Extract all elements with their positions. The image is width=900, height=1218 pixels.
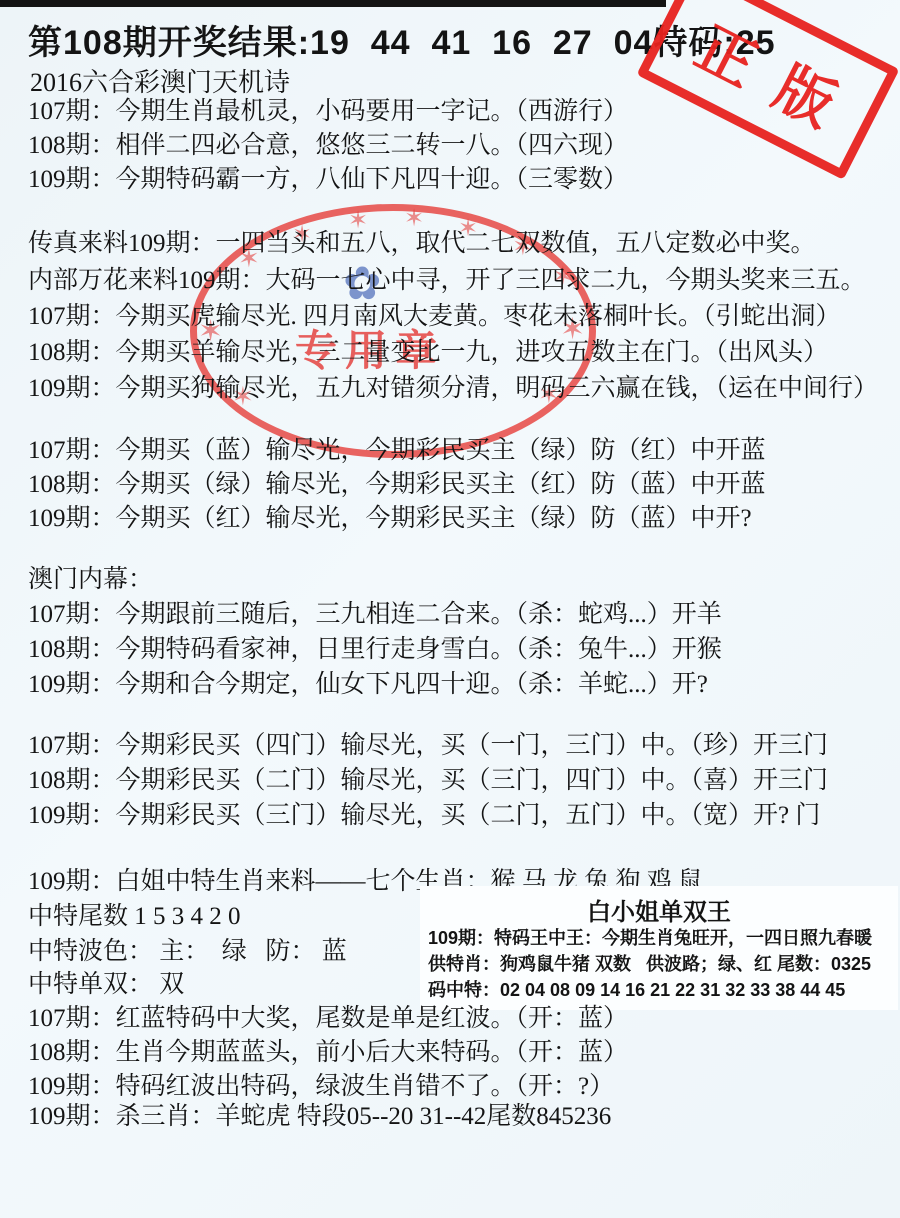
fax-line: 传真来料109期：一四当头和五八，取代二七双数值，五八定数必中奖。 <box>28 230 816 259</box>
baijie-line: 中特尾数 1 5 3 4 2 0 <box>28 903 241 932</box>
macau-heading: 澳门内幕： <box>28 566 153 595</box>
fax-line: 内部万花来料109期：大码一七心中寻，开了三四求二九，今期头奖来三五。 <box>28 267 866 296</box>
lottery-tip-sheet: ✶ ✶ ✶ ✶ ✶ ✶ ✶ ✶ ✶ ✶ ✶ ✿ 专用章 第108期开奖结果:19… <box>0 0 900 1218</box>
seal-star-icon: ✶ <box>404 204 424 232</box>
bottom-line: 109期：杀三肖：羊蛇虎 特段05--20 31--42尾数845236 <box>28 1103 611 1132</box>
bottom-line: 109期：特码红波出特码，绿波生肖错不了。（开：?） <box>28 1073 614 1102</box>
poem-line: 107期：今期生肖最机灵，小码要用一字记。（西游行） <box>28 98 628 127</box>
baijie-line: 中特单双： 双 <box>28 971 184 1000</box>
queen-box-title: 白小姐单双王 <box>420 892 898 927</box>
queen-box: 白小姐单双王 109期：特码王中王：今期生肖兔旺开，一四日照九春暖 供特肖：狗鸡… <box>420 886 898 1010</box>
poem-line: 109期：今期特码霸一方，八仙下凡四十迎。（三零数） <box>28 166 628 195</box>
color-line: 107期：今期买（蓝）输尽光，今期彩民买主（绿）防（红）中开蓝 <box>28 437 766 466</box>
macau-line: 107期：今期跟前三随后，三九相连二合来。（杀：蛇鸡...）开羊 <box>28 601 722 630</box>
macau-line: 109期：今期和合今期定，仙女下凡四十迎。（杀：羊蛇...）开? <box>28 671 708 700</box>
fax-line: 107期：今期买虎输尽光. 四月南风大麦黄。枣花未落桐叶长。（引蛇出洞） <box>28 303 841 332</box>
queen-line: 供特肖：狗鸡鼠牛猪 双数 供波路；绿、红 尾数：0325 <box>428 950 871 976</box>
bottom-line: 107期：红蓝特码中大奖，尾数是单是红波。（开：蓝） <box>28 1005 628 1034</box>
authentic-stamp: 正版 <box>636 0 899 180</box>
top-border-strip <box>0 0 666 7</box>
doors-line: 109期：今期彩民买（三门）输尽光，买（二门，五门）中。（宽）开? 门 <box>28 802 820 831</box>
fax-line: 108期：今期买羊输尽光，三二量变比一九，进攻五数主在门。（出风头） <box>28 339 828 368</box>
poem-series-title: 2016六合彩澳门天机诗 <box>30 68 290 98</box>
queen-line: 109期：特码王中王：今期生肖兔旺开，一四日照九春暖 <box>428 924 872 950</box>
color-line: 109期：今期买（红）输尽光，今期彩民买主（绿）防（蓝）中开? <box>28 505 752 534</box>
baijie-line: 中特波色： 主： 绿 防： 蓝 <box>28 938 347 967</box>
macau-line: 108期：今期特码看家神，日里行走身雪白。（杀：兔牛...）开猴 <box>28 636 722 665</box>
doors-line: 108期：今期彩民买（二门）输尽光，买（三门，四门）中。（喜）开三门 <box>28 767 828 796</box>
fax-line: 109期：今期买狗输尽光，五九对错须分清，明码三六赢在钱，（运在中间行） <box>28 375 878 404</box>
poem-line: 108期：相伴二四必合意，悠悠三二转一八。（四六现） <box>28 132 628 161</box>
doors-line: 107期：今期彩民买（四门）输尽光，买（一门，三门）中。（珍）开三门 <box>28 732 828 761</box>
color-line: 108期：今期买（绿）输尽光，今期彩民买主（红）防（蓝）中开蓝 <box>28 471 766 500</box>
queen-line: 码中特：02 04 08 09 14 16 21 22 31 32 33 38 … <box>428 976 845 1002</box>
authentic-stamp-text: 正版 <box>657 0 879 156</box>
bottom-line: 108期：生肖今期蓝蓝头，前小后大来特码。（开：蓝） <box>28 1039 628 1068</box>
